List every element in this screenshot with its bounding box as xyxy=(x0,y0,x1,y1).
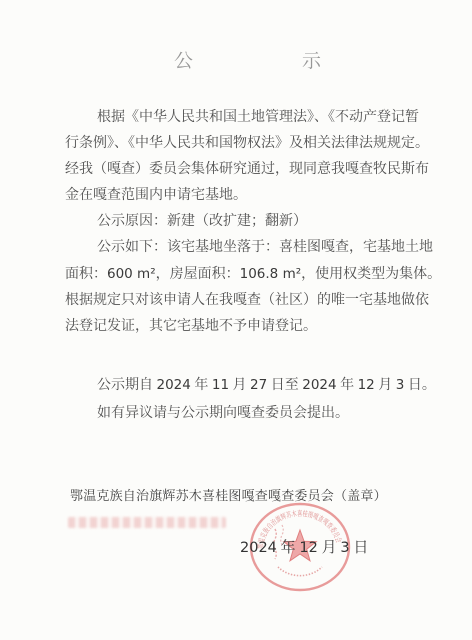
body-line-reason: 公示原因：新建（改扩建；翻新） xyxy=(65,209,425,235)
date-year: 2024 xyxy=(240,540,277,556)
body-line-3: 经我（嘎查）委员会集体研究通过，现同意我嘎查牧民斯布 xyxy=(65,157,425,183)
body-line-4: 金在嘎查范围内申请宅基地。 xyxy=(65,183,425,209)
period-day-char: 日。 xyxy=(404,378,436,393)
period-year-char: 年 xyxy=(191,378,212,393)
period-year-char-2: 年 xyxy=(337,378,358,393)
label-use-right: ，使用权类型为集体。 xyxy=(301,267,441,282)
seal-bottom-microtext xyxy=(278,567,322,576)
body-line-areas: 面积：600 m²，房屋面积：106.8 m²，使用权类型为集体。 xyxy=(65,261,425,288)
period-end-month: 12 xyxy=(358,377,375,393)
date-day: 3 xyxy=(340,540,349,556)
faint-stamp-imprint xyxy=(68,517,226,528)
body-line-location: 公示如下：该宅基地坐落于：喜桂图嘎查，宅基地土地 xyxy=(65,235,425,261)
body-line-9: 法登记发证，其它宅基地不予申请登记。 xyxy=(65,314,425,340)
date-month-char: 月 xyxy=(318,540,341,556)
body-line-2: 行条例》、《中华人民共和国物权法》及相关法律法规规定。 xyxy=(65,131,425,157)
date-day-char: 日 xyxy=(350,540,369,556)
body-line-8: 根据规定只对该申请人在我嘎查（社区）的唯一宅基地做依 xyxy=(65,288,425,314)
period-text: 公示期自 2024 年 11 月 27 日至 2024 年 12 月 3 日。 … xyxy=(65,371,425,428)
period-start-month: 11 xyxy=(212,377,229,393)
period-month-char: 月 xyxy=(229,378,250,393)
value-house-area: 106.8 m² xyxy=(240,266,302,282)
period-start-year: 2024 xyxy=(157,377,191,393)
period-start-day: 27 xyxy=(250,377,267,393)
value-land-area: 600 m² xyxy=(107,266,156,282)
notice-document-page: 公 示 根据《中华人民共和国土地管理法》、《不动产登记暂 行条例》、《中华人民共… xyxy=(0,0,472,640)
title-char-right: 示 xyxy=(302,50,322,74)
period-to-char: 日至 xyxy=(267,378,302,393)
period-line: 公示期自 2024 年 11 月 27 日至 2024 年 12 月 3 日。 xyxy=(65,371,425,400)
document-title: 公 示 xyxy=(12,50,472,74)
title-char-left: 公 xyxy=(174,50,194,74)
body-text: 根据《中华人民共和国土地管理法》、《不动产登记暂 行条例》、《中华人民共和国物权… xyxy=(65,105,425,340)
body-line-1: 根据《中华人民共和国土地管理法》、《不动产登记暂 xyxy=(65,105,425,131)
objection-line: 如有异议请与公示期向嘎查委员会提出。 xyxy=(65,400,425,428)
signature-date: 2024 年 12 月 3 日 xyxy=(240,540,368,557)
label-house-area: ，房屋面积： xyxy=(156,267,240,282)
period-end-year: 2024 xyxy=(302,377,336,393)
date-month: 12 xyxy=(299,540,317,556)
period-month-char-2: 月 xyxy=(375,378,396,393)
label-land-area: 面积： xyxy=(65,267,107,282)
period-prefix: 公示期自 xyxy=(97,378,157,393)
date-year-char: 年 xyxy=(277,540,300,556)
